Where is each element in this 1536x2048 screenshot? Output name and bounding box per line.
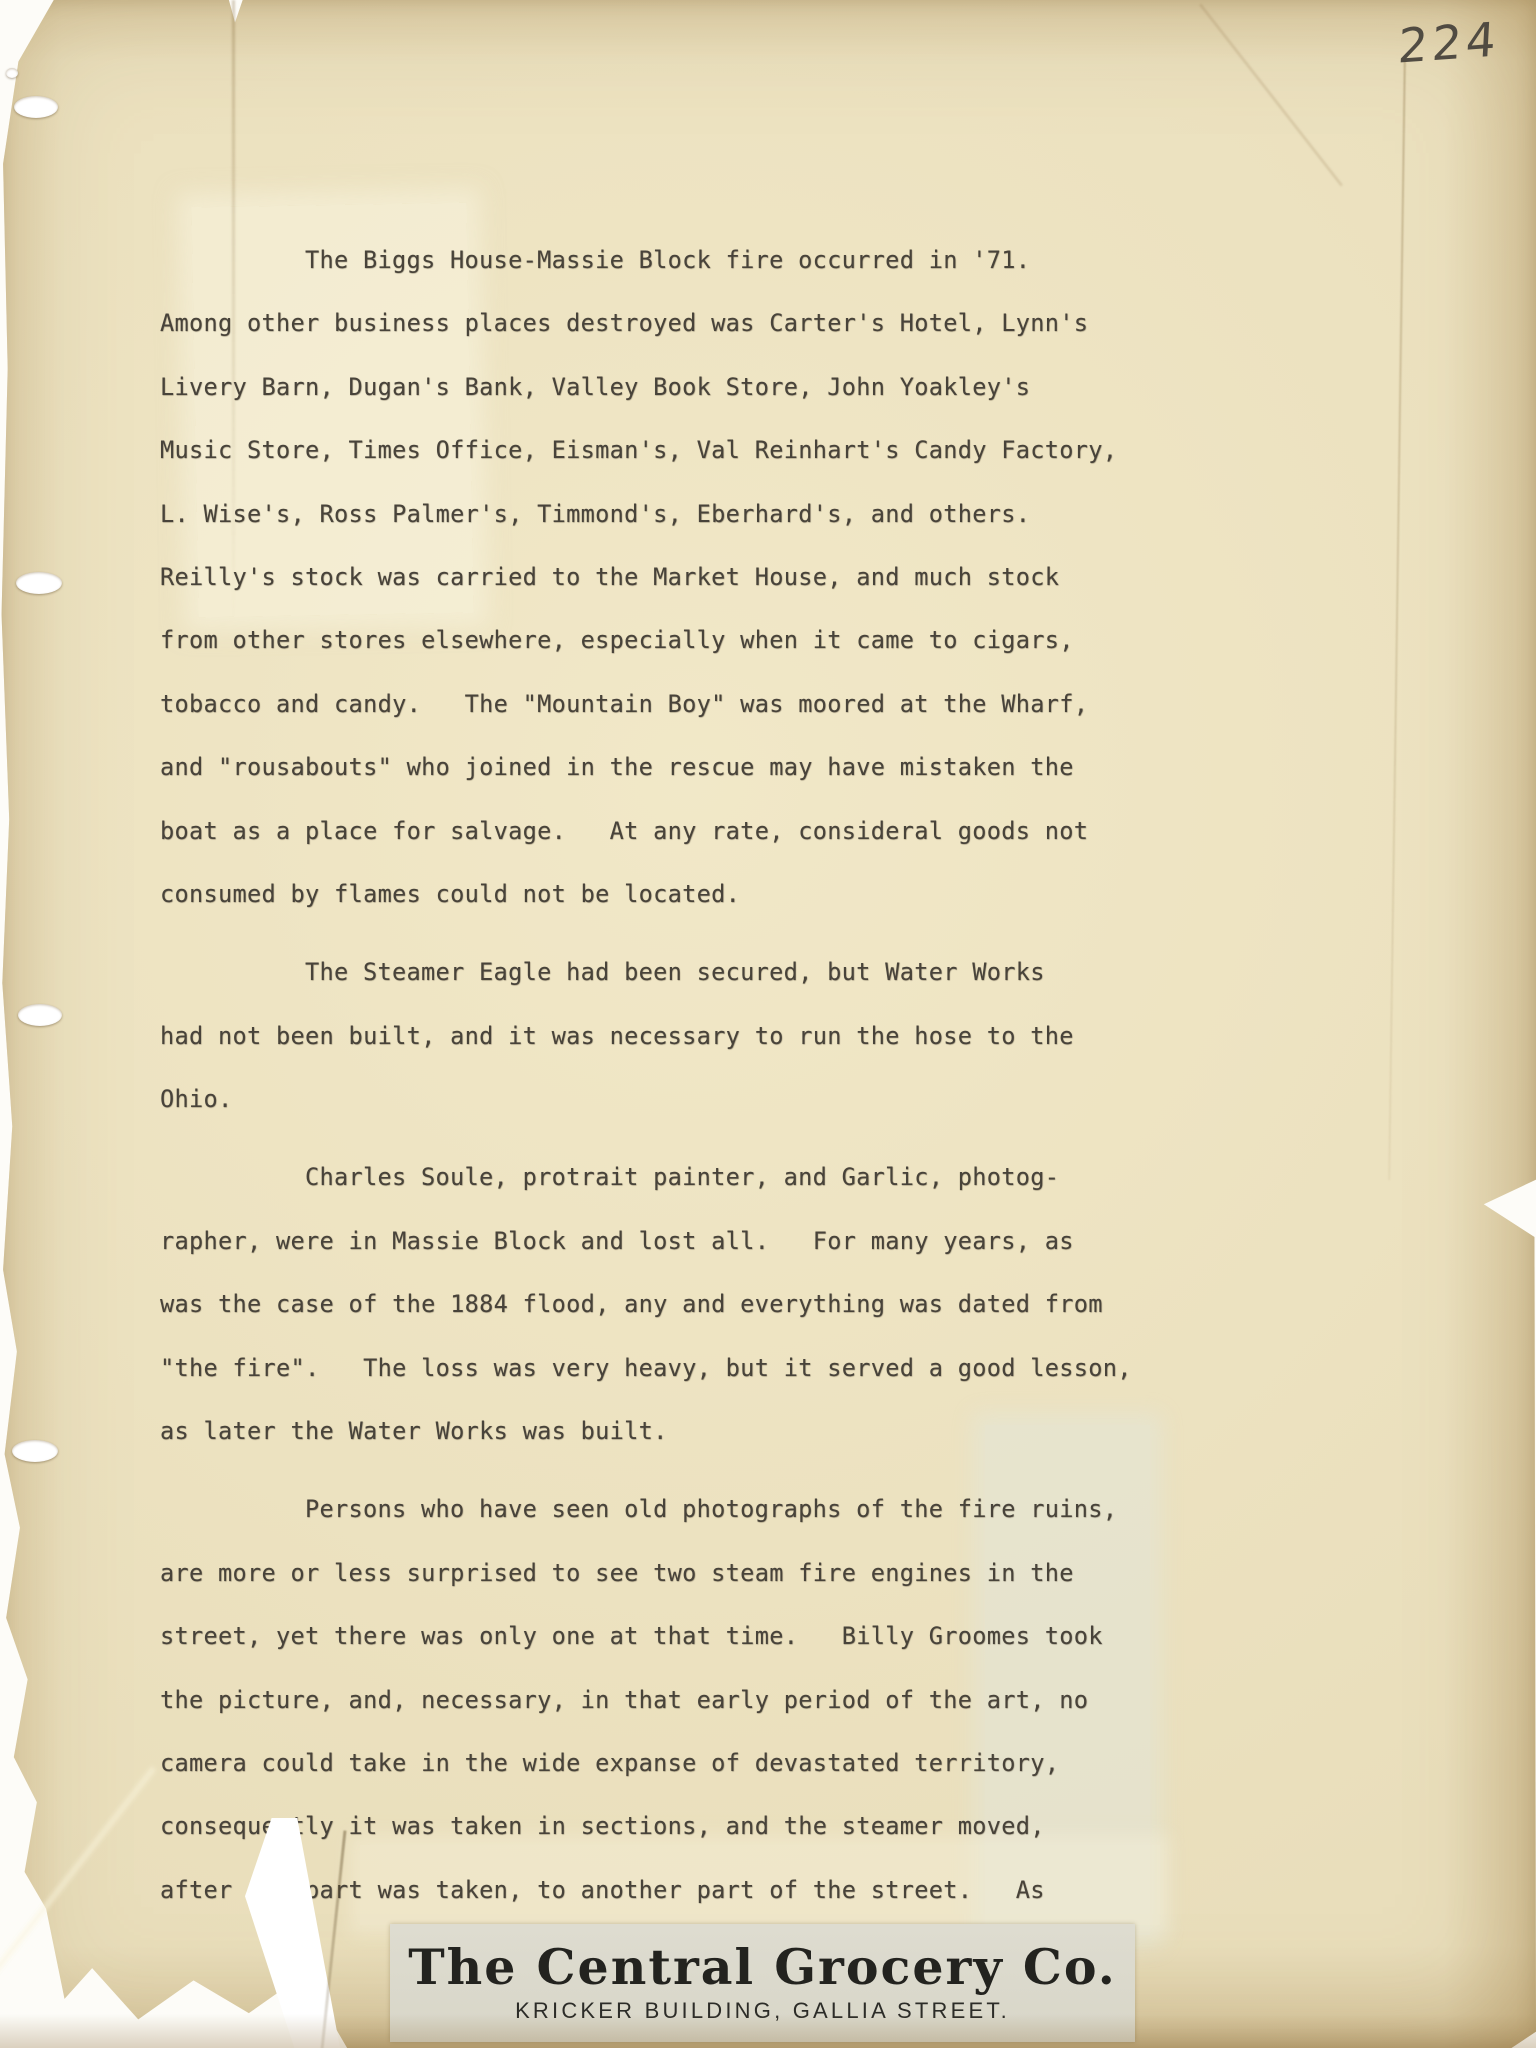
typed-line: the picture, and, necessary, in that ear… — [160, 1669, 1190, 1732]
punch-hole — [14, 96, 58, 118]
typed-line: as later the Water Works was built. — [160, 1400, 1190, 1463]
typed-lines: The Biggs House-Massie Block fire occurr… — [160, 229, 1190, 1922]
typed-line: camera could take in the wide expanse of… — [160, 1732, 1190, 1795]
typed-line: "the fire". The loss was very heavy, but… — [160, 1337, 1190, 1400]
typed-line: Ohio. — [160, 1068, 1190, 1131]
grocery-ad-clipping: The Central Grocery Co. KRICKER BUILDING… — [390, 1924, 1135, 2042]
typed-line: consumed by flames could not be located. — [160, 863, 1190, 926]
typed-line: The Steamer Eagle had been secured, but … — [160, 941, 1190, 1004]
typed-line: Reilly's stock was carried to the Market… — [160, 546, 1190, 609]
typed-line: rapher, were in Massie Block and lost al… — [160, 1210, 1190, 1273]
typed-line: street, yet there was only one at that t… — [160, 1605, 1190, 1668]
typed-line: The Biggs House-Massie Block fire occurr… — [160, 229, 1190, 292]
typed-line: Among other business places destroyed wa… — [160, 292, 1190, 355]
typed-line: consequently it was taken in sections, a… — [160, 1795, 1190, 1858]
typed-line: Persons who have seen old photographs of… — [160, 1478, 1190, 1541]
punch-hole — [18, 1004, 62, 1026]
typed-line: and "rousabouts" who joined in the rescu… — [160, 736, 1190, 799]
ad-company-name: The Central Grocery Co. — [408, 1943, 1117, 1992]
ad-address: KRICKER BUILDING, GALLIA STREET. — [515, 1998, 1010, 2024]
typed-line: from other stores elsewhere, especially … — [160, 609, 1190, 672]
handwritten-page-number: 224 — [1397, 12, 1501, 74]
typed-line: Charles Soule, protrait painter, and Gar… — [160, 1146, 1190, 1209]
punch-hole — [16, 572, 62, 594]
typed-line: tobacco and candy. The "Mountain Boy" wa… — [160, 673, 1190, 736]
typed-line: boat as a place for salvage. At any rate… — [160, 800, 1190, 863]
typed-line: L. Wise's, Ross Palmer's, Timmond's, Ebe… — [160, 483, 1190, 546]
punch-hole — [6, 68, 18, 78]
typed-line: Livery Barn, Dugan's Bank, Valley Book S… — [160, 356, 1190, 419]
typed-line: are more or less surprised to see two st… — [160, 1542, 1190, 1605]
typed-line: was the case of the 1884 flood, any and … — [160, 1273, 1190, 1336]
typed-line: Music Store, Times Office, Eisman's, Val… — [160, 419, 1190, 482]
punch-hole — [12, 1440, 58, 1462]
typed-line: had not been built, and it was necessary… — [160, 1005, 1190, 1068]
scanned-page: 224 The Biggs House-Massie Block fire oc… — [0, 0, 1536, 2048]
